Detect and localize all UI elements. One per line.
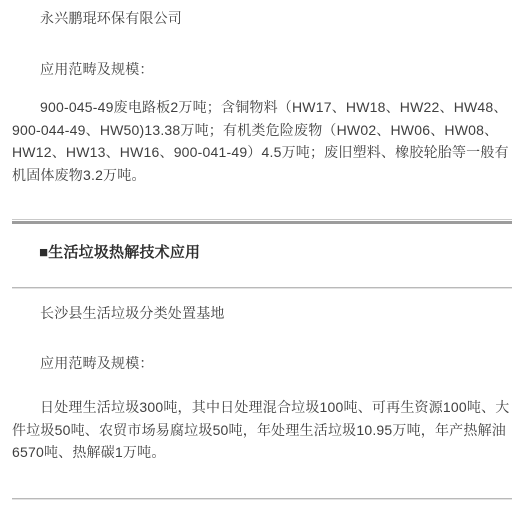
document-body: 永兴鹏琨环保有限公司 应用范畴及规模： 900-045-49废电路板2万吨；含铜…	[0, 0, 524, 500]
site-name: 长沙县生活垃圾分类处置基地	[12, 302, 516, 325]
scope-label-second: 应用范畴及规模：	[12, 352, 516, 375]
section-header-pyrolysis: ■生活垃圾热解技术应用	[12, 242, 516, 264]
section-top-border	[12, 219, 512, 224]
page-bottom-divider	[12, 498, 512, 500]
waste-processing-paragraph: 日处理生活垃圾300吨，其中日处理混合垃圾100吨、可再生资源100吨、大件垃圾…	[12, 396, 516, 464]
hazardous-waste-paragraph: 900-045-49废电路板2万吨；含铜物料（HW17、HW18、HW22、HW…	[12, 96, 516, 186]
company-name: 永兴鹏琨环保有限公司	[12, 7, 516, 30]
section-bottom-border	[12, 287, 512, 289]
scope-label-first: 应用范畴及规模：	[12, 58, 516, 81]
